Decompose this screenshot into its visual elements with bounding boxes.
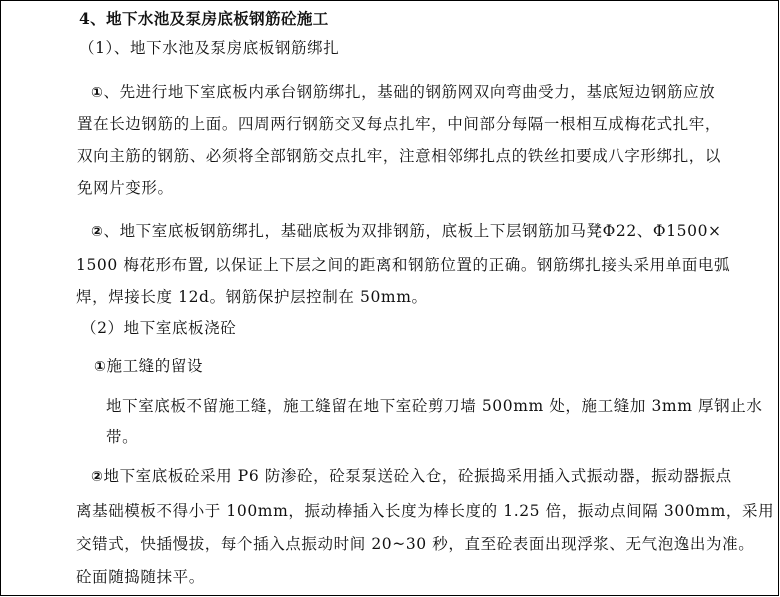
construction-joint-line-1: 地下室底板不留施工缝，施工缝留在地下室砼剪刀墙 500mm 处，施工缝加 3mm… [106, 396, 762, 416]
paragraph-1-line-2: 置在长边钢筋的上面。四周两行钢筋交叉每点扎牢，中间部分每隔一根相互成梅花式扎牢， [77, 114, 721, 134]
subsection-2-heading: （2）地下室底板浇砼 [81, 318, 236, 338]
construction-joint-line-2: 带。 [106, 427, 138, 447]
paragraph-2-line-3: 焊，焊接长度 12d。钢筋保护层控制在 50mm。 [76, 287, 428, 307]
paragraph-2-line-1: ②、地下室底板钢筋绑扎，基础底板为双排钢筋，底板上下层钢筋加马凳Φ22、Φ150… [91, 221, 722, 242]
subsection-1-heading: （1）、地下水池及泵房底板钢筋绑扎 [79, 38, 339, 58]
item-construction-joint-heading: ①施工缝的留设 [94, 356, 203, 377]
paragraph-1-line-4: 免网片变形。 [77, 178, 174, 198]
circled-one-marker: ① [94, 359, 106, 375]
document-page: 4、地下水池及泵房底板钢筋砼施工 （1）、地下水池及泵房底板钢筋绑扎 ①、先进行… [0, 0, 779, 596]
circled-two-marker: ② [91, 224, 103, 240]
circled-two-marker: ② [91, 469, 103, 485]
paragraph-4-line-1: ②地下室底板砼采用 P6 防渗砼，砼泵泵送砼入仓，砼振捣采用插入式振动器，振动器… [91, 466, 732, 487]
circled-one-marker: ① [91, 85, 103, 101]
paragraph-4-line-3: 交错式，快插慢拔，每个插入点振动时间 20~30 秒，直至砼表面出现浮浆、无气泡… [76, 534, 754, 554]
section-title: 4、地下水池及泵房底板钢筋砼施工 [79, 9, 329, 29]
paragraph-1-line-3: 双向主筋的钢筋、必须将全部钢筋交点扎牢，注意相邻绑扎点的铁丝扣要成八字形绑扎，以 [77, 146, 721, 166]
paragraph-1-line-1: ①、先进行地下室底板内承台钢筋绑扎，基础的钢筋网双向弯曲受力，基底短边钢筋应放 [91, 82, 715, 103]
paragraph-4-line-4: 砼面随捣随抹平。 [76, 567, 205, 587]
paragraph-4-line-2: 离基础模板不得小于 100mm，振动棒插入长度为棒长度的 1.25 倍，振动点间… [76, 501, 774, 521]
paragraph-2-line-2: 1500 梅花形布置, 以保证上下层之间的距离和钢筋位置的正确。钢筋绑扎接头采用… [76, 255, 730, 275]
